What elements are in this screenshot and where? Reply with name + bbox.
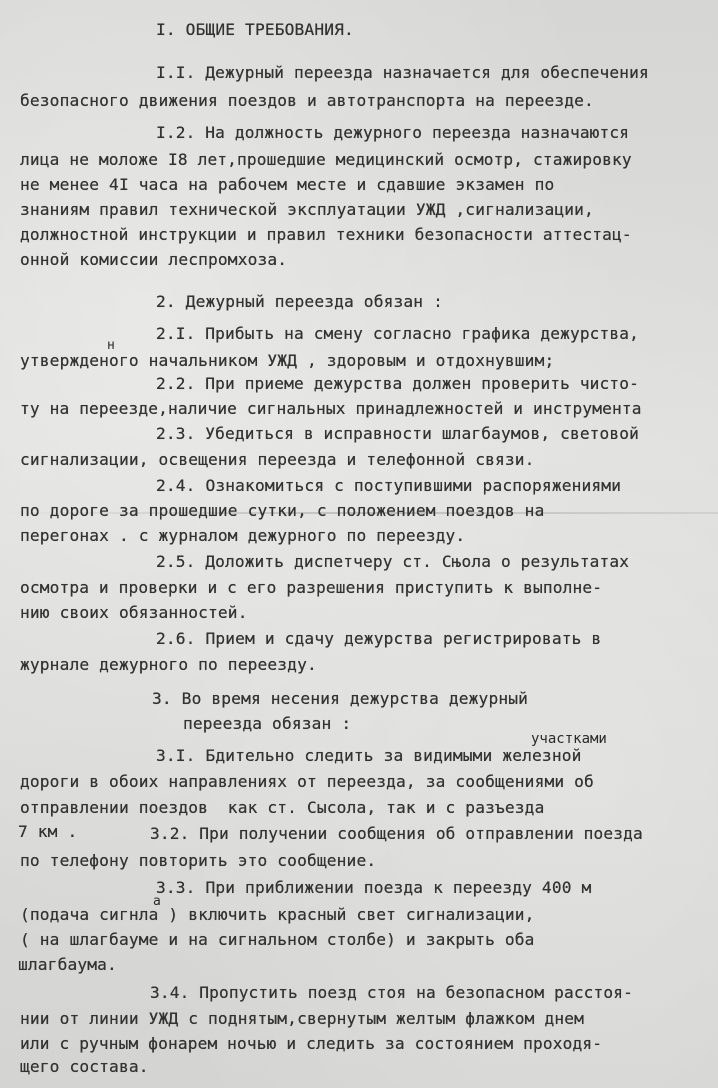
paragraph-2-4-line-3: перегонах . с журналом дежурного по пере… xyxy=(20,526,465,546)
handwritten-insertion-uchastkami: участками xyxy=(531,732,607,746)
paragraph-3-3-line-2: (подача сигнла ) включить красный свет с… xyxy=(20,905,535,925)
paragraph-2-5-line-2: осмотра и проверки и с его разрешения пр… xyxy=(20,578,602,598)
document-page: I. ОБЩИЕ ТРЕБОВАНИЯ. I.I. Дежурный перее… xyxy=(0,0,718,1088)
paragraph-2-6-line-2: журнале дежурного по переезду. xyxy=(20,655,317,675)
paragraph-2-4-line-2: по дороге за прошедшие сутки, с положени… xyxy=(20,501,544,521)
paragraph-3-4-line-1: 3.4. Пропустить поезд стоя на безопасном… xyxy=(150,983,633,1003)
section-3-title-line-2: переезда обязан : xyxy=(183,714,351,734)
paragraph-3-1-line-4: 7 км . xyxy=(18,822,77,842)
paragraph-2-1-line-2: утвержденого начальником УЖД , здоровым … xyxy=(20,351,554,371)
paragraph-3-2-line-2: по телефону повторить это сообщение. xyxy=(20,851,376,871)
paragraph-1-1-line-1: I.I. Дежурный переезда назначается для о… xyxy=(156,63,649,83)
paragraph-1-2-line-2: лица не моложе I8 лет,прошедшие медицинс… xyxy=(20,150,632,170)
paragraph-2-3-line-2: сигнализации, освещения переезда и телеф… xyxy=(20,450,535,470)
paragraph-2-2-line-1: 2.2. При приеме дежурства должен провери… xyxy=(156,374,639,394)
paragraph-3-4-line-4: щего состава. xyxy=(20,1057,149,1077)
paragraph-1-2-line-5: должностной инструкции и правил техники … xyxy=(20,225,632,245)
paragraph-3-2-line-1: 3.2. При получении сообщения об отправле… xyxy=(150,824,643,844)
paragraph-3-3-line-1: 3.3. При приближении поезда к переезду 4… xyxy=(156,878,591,898)
section-1-title: I. ОБЩИЕ ТРЕБОВАНИЯ. xyxy=(156,20,354,40)
paragraph-3-4-line-2: нии от линии УЖД с поднятым,свернутым же… xyxy=(20,1009,584,1029)
paragraph-1-2-line-3: не менее 4I часа на рабочем месте и сдав… xyxy=(20,175,554,195)
paragraph-3-4-line-3: или с ручным фонарем ночью и следить за … xyxy=(20,1034,602,1054)
paragraph-2-1-line-1: 2.I. Прибыть на смену согласно графика д… xyxy=(156,324,639,344)
paragraph-2-4-line-1: 2.4. Ознакомиться с поступившими распоря… xyxy=(156,476,621,496)
paragraph-1-1-line-2: безопасного движения поездов и автотранс… xyxy=(20,91,594,111)
paragraph-1-2-line-6: онной комиссии леспромхоза. xyxy=(20,250,287,270)
paragraph-1-2-line-4: знаниям правил технической эксплуатации … xyxy=(20,200,594,220)
paragraph-2-3-line-1: 2.3. Убедиться в исправности шлагбаумов,… xyxy=(156,424,639,444)
paragraph-3-1-line-2: дороги в обоих направлениях от переезда,… xyxy=(20,772,594,792)
section-2-title: 2. Дежурный переезда обязан : xyxy=(156,292,443,312)
paragraph-2-2-line-2: ту на переезде,наличие сигнальных принад… xyxy=(20,399,642,419)
section-3-title-line-1: 3. Во время несения дежурства дежурный xyxy=(152,689,528,709)
paragraph-3-3-line-3: ( на шлагбауме и на сигнальном столбе) и… xyxy=(20,930,535,950)
paragraph-2-5-line-3: нию своих обязанностей. xyxy=(20,603,248,623)
paragraph-3-3-line-4: шлагбаума. xyxy=(18,955,117,975)
paragraph-1-2-line-1: I.2. На должность дежурного переезда наз… xyxy=(156,123,629,143)
paragraph-2-6-line-1: 2.6. Прием и сдачу дежурства регистриров… xyxy=(156,629,601,649)
paragraph-3-1-line-3: отправлении поездов как ст. Сысола, так … xyxy=(20,798,544,818)
paragraph-2-5-line-1: 2.5. Доложить диспетчеру ст. Сњола о рез… xyxy=(156,552,629,572)
paragraph-3-1-line-1: 3.I. Бдительно следить за видимыми желез… xyxy=(156,746,582,766)
